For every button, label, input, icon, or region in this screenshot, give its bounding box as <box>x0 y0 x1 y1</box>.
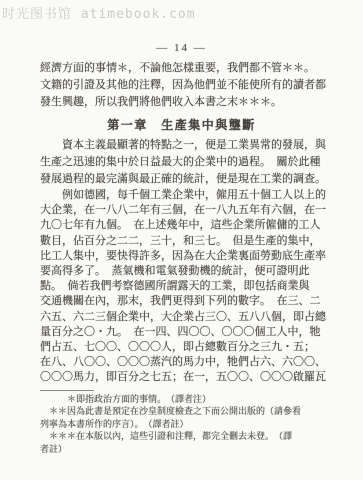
text-line: 經濟方面的事情＊，不論他怎樣重要，我們都不管＊＊。 <box>40 60 330 77</box>
scanned-book-page: 时光图书馆 atimebook.com — 14 — 經濟方面的事情＊，不論他怎… <box>0 0 363 480</box>
text-line: 九〇七年有九個。 在上述幾年中，這些企業所僱傭的工人 <box>40 218 330 233</box>
text-line: 者註） <box>40 443 333 456</box>
text-line: 比工人集中，要快得許多，因為在大企業裏面勞動底生產率 <box>40 249 330 264</box>
footnotes: ＊即指政治方面的事情。 （譯者注） ＊＊因為此書是預定在沙皇制度檢查之下而公開出… <box>40 393 333 456</box>
text-line: 資本主義最顯著的特點之一，便是工業異常的發展，與 <box>40 137 330 154</box>
text-line: 發展過程的最完滿與最正確的統計，便是現在工業的調查。 <box>40 171 330 188</box>
text-line: ＊即指政治方面的事情。 （譯者注） <box>40 393 333 406</box>
footnote-divider <box>40 390 94 391</box>
text-line: 發生興趣，所以我們將他們收入本書之末＊＊＊。 <box>40 94 330 111</box>
text-line: 六五、六二三個企業中，大企業占三〇、五八八個，即占總 <box>40 310 330 325</box>
text-line: 量百分之〇・九。 在一四、四〇〇、〇〇〇個工人中，牠 <box>40 325 330 340</box>
text-line: 交通機關在內，那末，我們更得到下列的數字。 在三、二 <box>40 294 330 309</box>
text-line: 列寧為本書所作的序言）。 （譯者註） <box>40 418 333 431</box>
text-line: 在八、八〇〇、〇〇〇蒸汽的馬力中，牠們占六、六〇〇、 <box>40 355 330 370</box>
library-watermark: 时光图书馆 atimebook.com <box>2 3 196 22</box>
text-line: 生產之迅速的集中於日益最大的企業中的過程。 關於此種 <box>40 154 330 171</box>
text-line: 大企業，在一八八二年有三個，在一八九五年有六個，在一 <box>40 203 330 218</box>
text-line: 數目，佔百分之二二，三十，和三七。 但是生產的集中， <box>40 234 330 249</box>
text-line: ＊＊＊在本版以內，這些引證和注釋，都完全刪去未登。 （譯 <box>40 430 333 443</box>
paragraph-intro-continuation: 經濟方面的事情＊，不論他怎樣重要，我們都不管＊＊。文籍的引證及其他的注釋，因為他… <box>40 60 330 111</box>
chapter-heading: 第一章 生產集中與壟斷 <box>0 116 363 133</box>
text-line: ＊＊因為此書是預定在沙皇制度檢查之下而公開出版的（請參看 <box>40 405 333 418</box>
text-line: 點。 倘若我們考察德國所謂露天的工業，即包括商業與 <box>40 279 330 294</box>
paragraph-capitalism-concentration: 資本主義最顯著的特點之一，便是工業異常的發展，與生產之迅速的集中於日益最大的企業… <box>40 137 330 188</box>
text-line: 文籍的引證及其他的注釋，因為他們並不能使所有的讀者都 <box>40 77 330 94</box>
text-line: 例如德國，每千個工業企業中，僱用五十個工人以上的 <box>40 188 330 203</box>
text-line: 要高得多了。 蒸氣機和電氣發動機的統計，便可證明此 <box>40 264 330 279</box>
paragraph-germany-statistics: 例如德國，每千個工業企業中，僱用五十個工人以上的大企業，在一八八二年有三個，在一… <box>40 188 330 386</box>
text-line: 們占五、七〇〇、〇〇〇人，即占總數百分之三九・五； <box>40 340 330 355</box>
text-line: 〇〇〇馬力，即百分之七五；在一，五〇〇、〇〇〇啟羅瓦 <box>40 370 330 385</box>
